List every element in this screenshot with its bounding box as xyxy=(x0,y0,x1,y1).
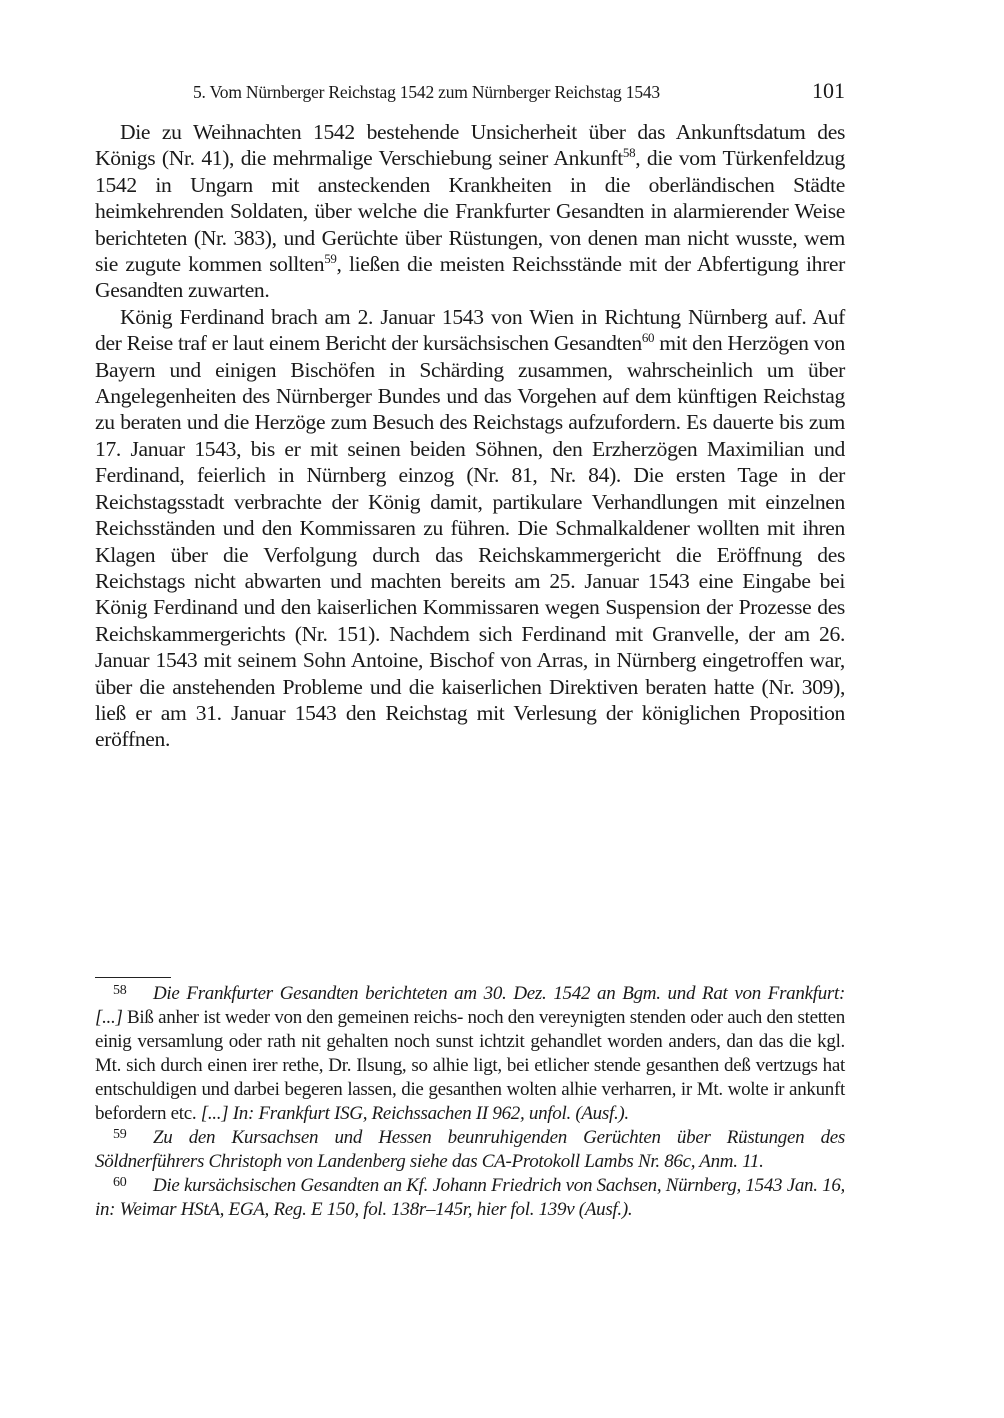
running-title: 5. Vom Nürnberger Reichstag 1542 zum Nür… xyxy=(193,82,660,103)
footnote-separator xyxy=(95,977,171,978)
text-run-italic: Zu den Kursachsen und Hessen beunruhigen… xyxy=(95,1127,845,1172)
footnote-58: 58Die Frankfurter Gesandten berichteten … xyxy=(95,982,845,1126)
text-run: mit den Herzögen von Bayern und einigen … xyxy=(95,331,845,751)
footnote-ref-58[interactable]: 58 xyxy=(623,145,635,160)
paragraph: Die zu Weihnachten 1542 bestehende Unsic… xyxy=(95,119,845,304)
footnotes: 58Die Frankfurter Gesandten berichteten … xyxy=(95,982,845,1222)
page-header: 5. Vom Nürnberger Reichstag 1542 zum Nür… xyxy=(95,80,845,108)
page-number: 101 xyxy=(812,78,845,104)
footnote-ref-60[interactable]: 60 xyxy=(642,330,654,345)
text-run-italic: Die kursächsischen Gesandten an Kf. Joha… xyxy=(95,1175,845,1220)
body-text: Die zu Weihnachten 1542 bestehende Unsic… xyxy=(95,119,845,753)
text-run-italic: [...] In: Frankfurt ISG, Reichssachen II… xyxy=(201,1103,629,1124)
footnote-59: 59Zu den Kursachsen und Hessen beunruhig… xyxy=(95,1126,845,1174)
paragraph: König Ferdinand brach am 2. Januar 1543 … xyxy=(95,304,845,753)
footnote-ref-59[interactable]: 59 xyxy=(324,251,336,266)
footnote-60: 60Die kursächsischen Gesandten an Kf. Jo… xyxy=(95,1174,845,1222)
